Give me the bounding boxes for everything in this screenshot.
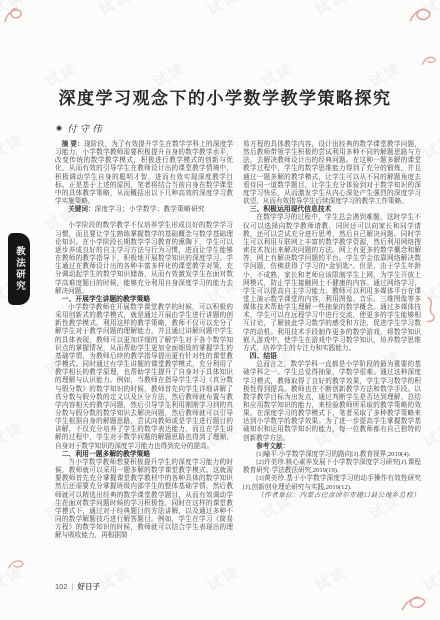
abstract-text: 现阶段，为了有效提升学生在数学学科上的深度学习能力，小学数学教师需要积极提升自身… [55, 141, 233, 205]
section-body-2: 当小学数学教师想要积极提升学生的深度学习能力的时候，教师就可以采用一题多解的数学… [55, 459, 233, 541]
watermark-text: 试读 [203, 561, 243, 596]
footer-divider: | [72, 582, 74, 591]
red-stamp-mark [2, 4, 26, 33]
reference-item: [3]黄美珍.基于小学数学深度学习的动手操作有效性研究[J].创新创业理论研究与… [243, 475, 421, 491]
abstract-paragraph: 摘 要：现阶段，为了有效提升学生在数学学科上的深度学习能力，小学数学教师需要积极… [55, 141, 233, 206]
red-stamp-mark [400, 592, 428, 620]
author-name: 付守伟 [67, 121, 105, 135]
section-heading-4: 四、结语 [243, 353, 421, 361]
section-heading-2: 二、利用一题多解的教学策略 [55, 451, 233, 459]
red-stamp-mark [420, 52, 438, 75]
watermark-text: 试读 [0, 417, 27, 452]
intro-paragraph: 小学阶段的数学教学不仅培养学生形成良好的数学学习习惯，而且要让学生熟练掌握数学的… [55, 222, 233, 295]
journal-name: 好日子 [77, 581, 100, 592]
red-stamp-mark [6, 555, 26, 580]
watermark-text: 试读 [311, 561, 351, 596]
sidebar-tab-teaching-method-research: 教法研究 [8, 233, 30, 305]
abstract-label: 摘 要： [62, 141, 84, 148]
author-affiliation: （作者单位：内蒙古巴彦淖尔市磴口县公地乡总校） [243, 492, 421, 500]
author-line: ◉ 付守伟 [56, 121, 105, 135]
page-number: 102 [55, 582, 68, 591]
section-heading-1: 一、开展学生讲题的教学策略 [55, 296, 233, 304]
watermark-text: 试读 [419, 417, 440, 452]
section-body-1: 小学数学教师在开展数学课堂教学的时候，可以积极的采用创新式的教学模式，就是通过开… [55, 304, 233, 451]
watermark-text: 试读 [95, 0, 135, 20]
keywords-line: 关键词：深度学习；小学数学；教学策略研究 [55, 206, 233, 214]
watermark-text: 试读 [419, 561, 440, 596]
page-title: 深度学习观念下的小学数学教学策略探究 [30, 84, 420, 109]
journal-page: 试读试读试读试读试读试读试读试读试读试读试读试读试读试读试读试读试读试读试读试读… [0, 0, 440, 620]
page-footer: 102 | 好日子 [55, 581, 100, 592]
references-label: 参考文献： [243, 443, 421, 451]
keywords-label: 关键词： [68, 206, 94, 213]
watermark-text: 试读 [311, 0, 351, 20]
keywords-text: 深度学习；小学数学；教学策略研究 [95, 206, 205, 213]
watermark-text: 试读 [95, 561, 135, 596]
watermark-text: 试读 [203, 0, 243, 20]
reference-item: [2]许美珍.核心素养发展下小学数学深度学习研究[J].课程教育研究·学法教法研… [243, 459, 421, 475]
left-column: 摘 要：现阶段，为了有效提升学生在数学学科上的深度学习能力，小学数学教师需要积极… [55, 141, 233, 541]
author-bullet-icon: ◉ [56, 124, 62, 132]
right-column: 易方程的具体教学内容，设计出经典的数学课堂教学问题，然后教师带领学生积极的尝试利… [243, 141, 421, 541]
watermark-text: 试读 [0, 129, 27, 164]
reference-item: [1]喻平.小学数学深度学习的路向[J].教育视界,2019(4). [243, 451, 421, 459]
red-stamp-mark [424, 295, 440, 330]
section-body-4: 总而言之，数学学科一直都是小学阶段的最为重要的基础学科之一。学生总觉得抽象，学数… [243, 361, 421, 443]
article-body: 摘 要：现阶段，为了有效提升学生在数学学科上的深度学习能力，小学数学教师需要积极… [55, 141, 421, 541]
section-2-continuation: 易方程的具体教学内容，设计出经典的数学课堂教学问题，然后教师带领学生积极的尝试利… [243, 141, 421, 206]
section-body-3: 在数学学习的过程中，学生总会遇到难题，这时学生不仅可以选择向数学教师请教，同时还… [243, 214, 421, 353]
sidebar-tab-label: 教法研究 [12, 246, 26, 292]
watermark-text: 试读 [419, 129, 440, 164]
red-stamp-mark [408, 4, 434, 35]
